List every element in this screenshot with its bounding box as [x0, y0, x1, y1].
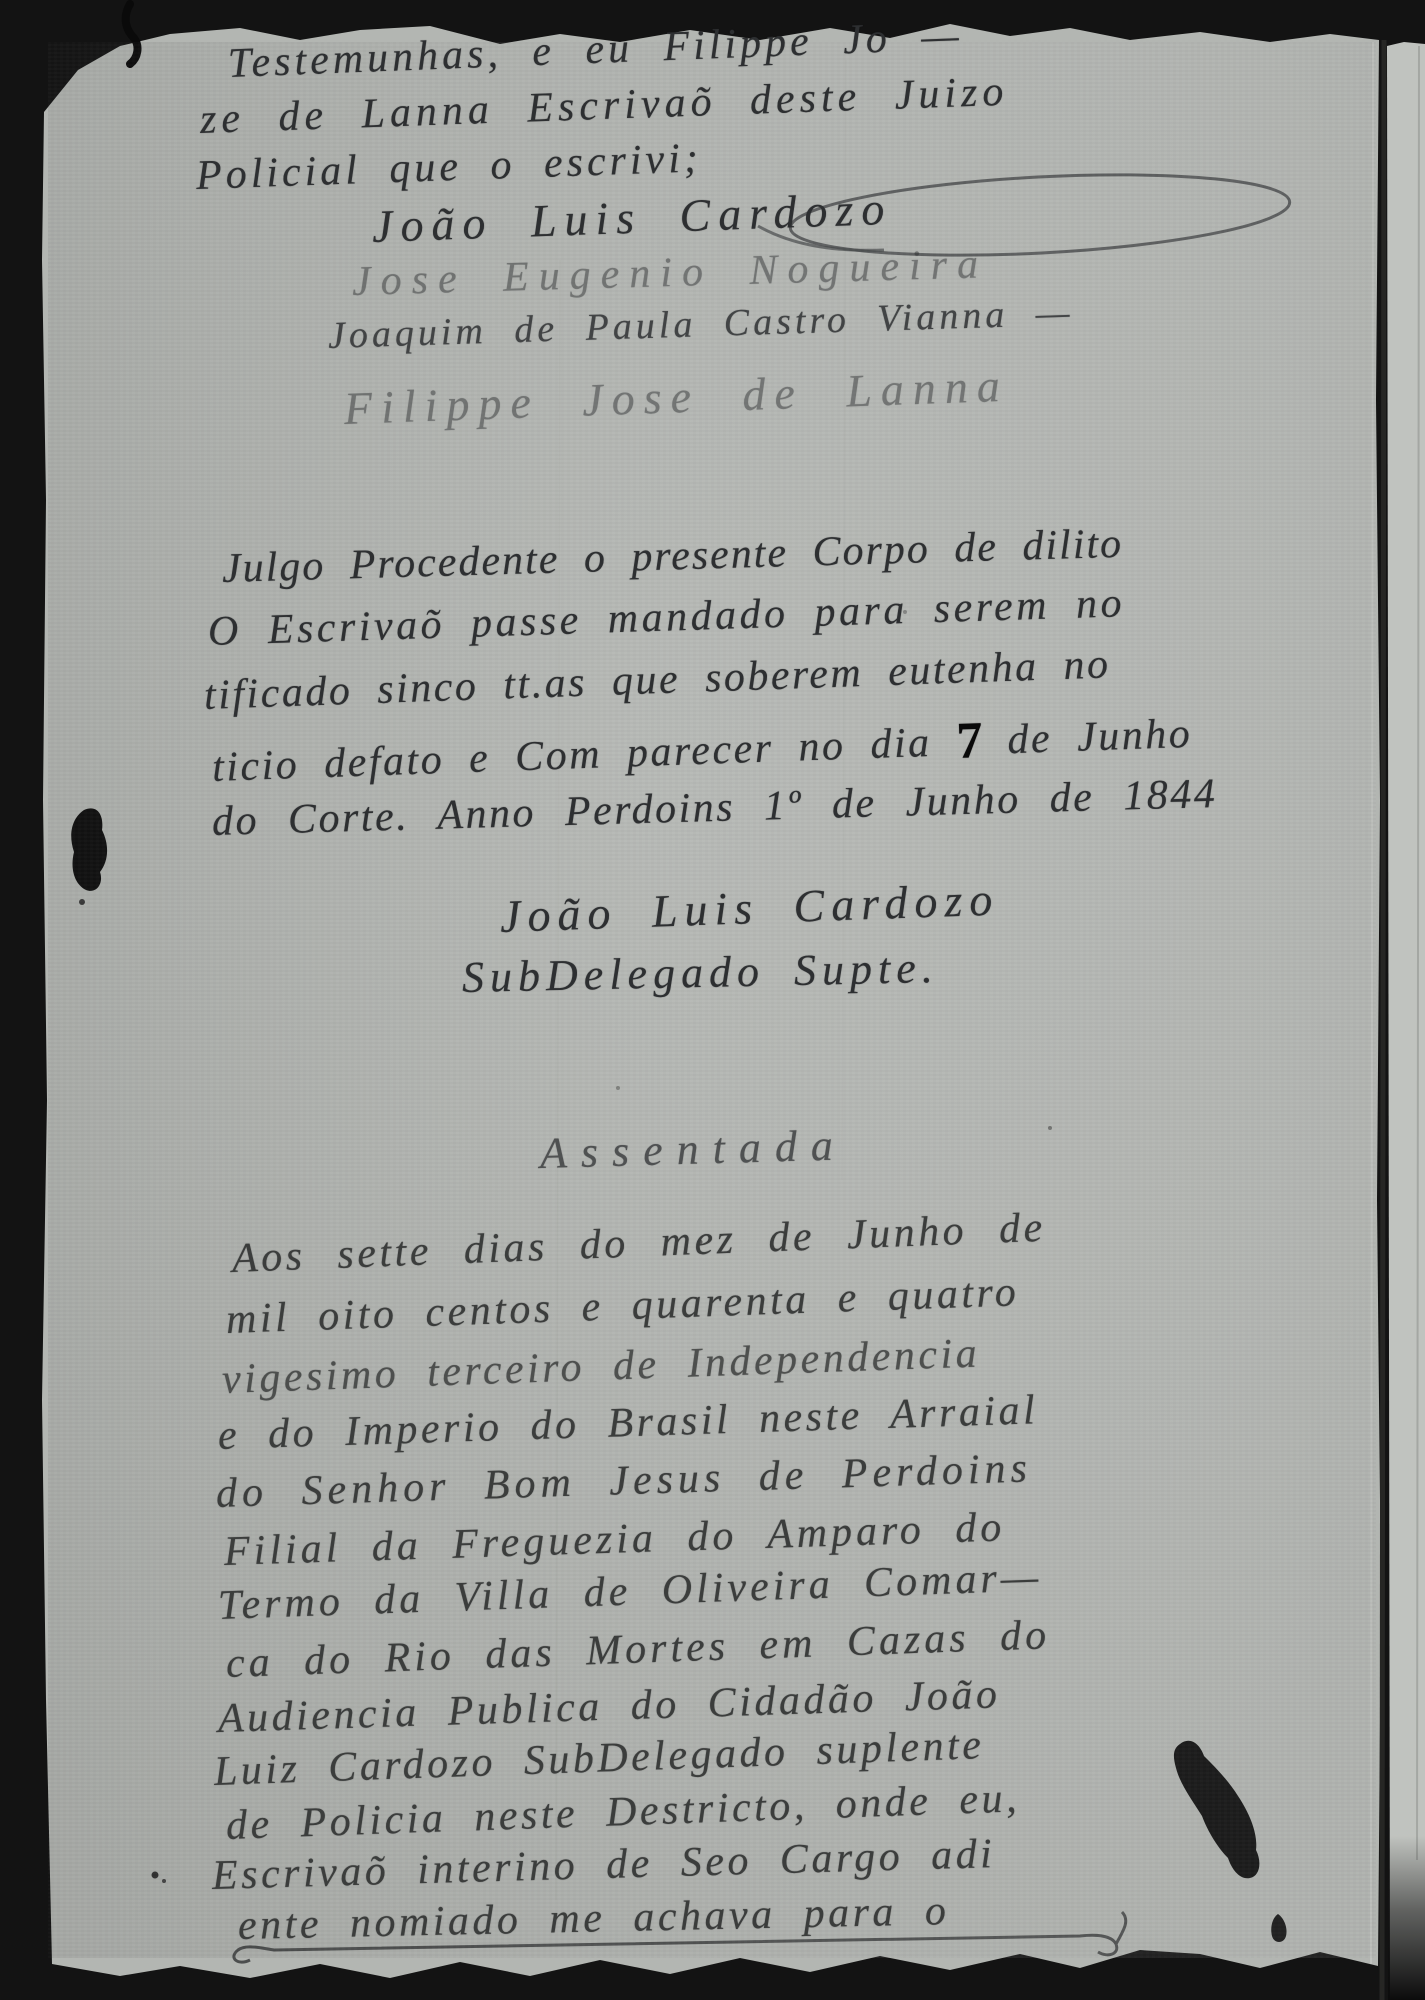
scanned-page: Testemunhas, e eu Filippe Jo — ze de Lan…	[0, 0, 1425, 2000]
page-gutter	[1382, 40, 1384, 2000]
margin-dot	[162, 1879, 166, 1883]
adjacent-page-shadow	[1388, 1836, 1425, 2000]
ink-speck	[79, 899, 85, 905]
assentada-heading: Assentada	[539, 1119, 847, 1179]
margin-dot	[152, 1872, 159, 1879]
judgment-day-number: 7	[955, 711, 983, 771]
ink-speck	[1048, 1126, 1052, 1130]
judge-signature-title: SubDelegado Supte.	[461, 942, 939, 1003]
judgment-line-post: de Junho	[982, 711, 1193, 764]
ink-speck	[616, 1086, 620, 1090]
